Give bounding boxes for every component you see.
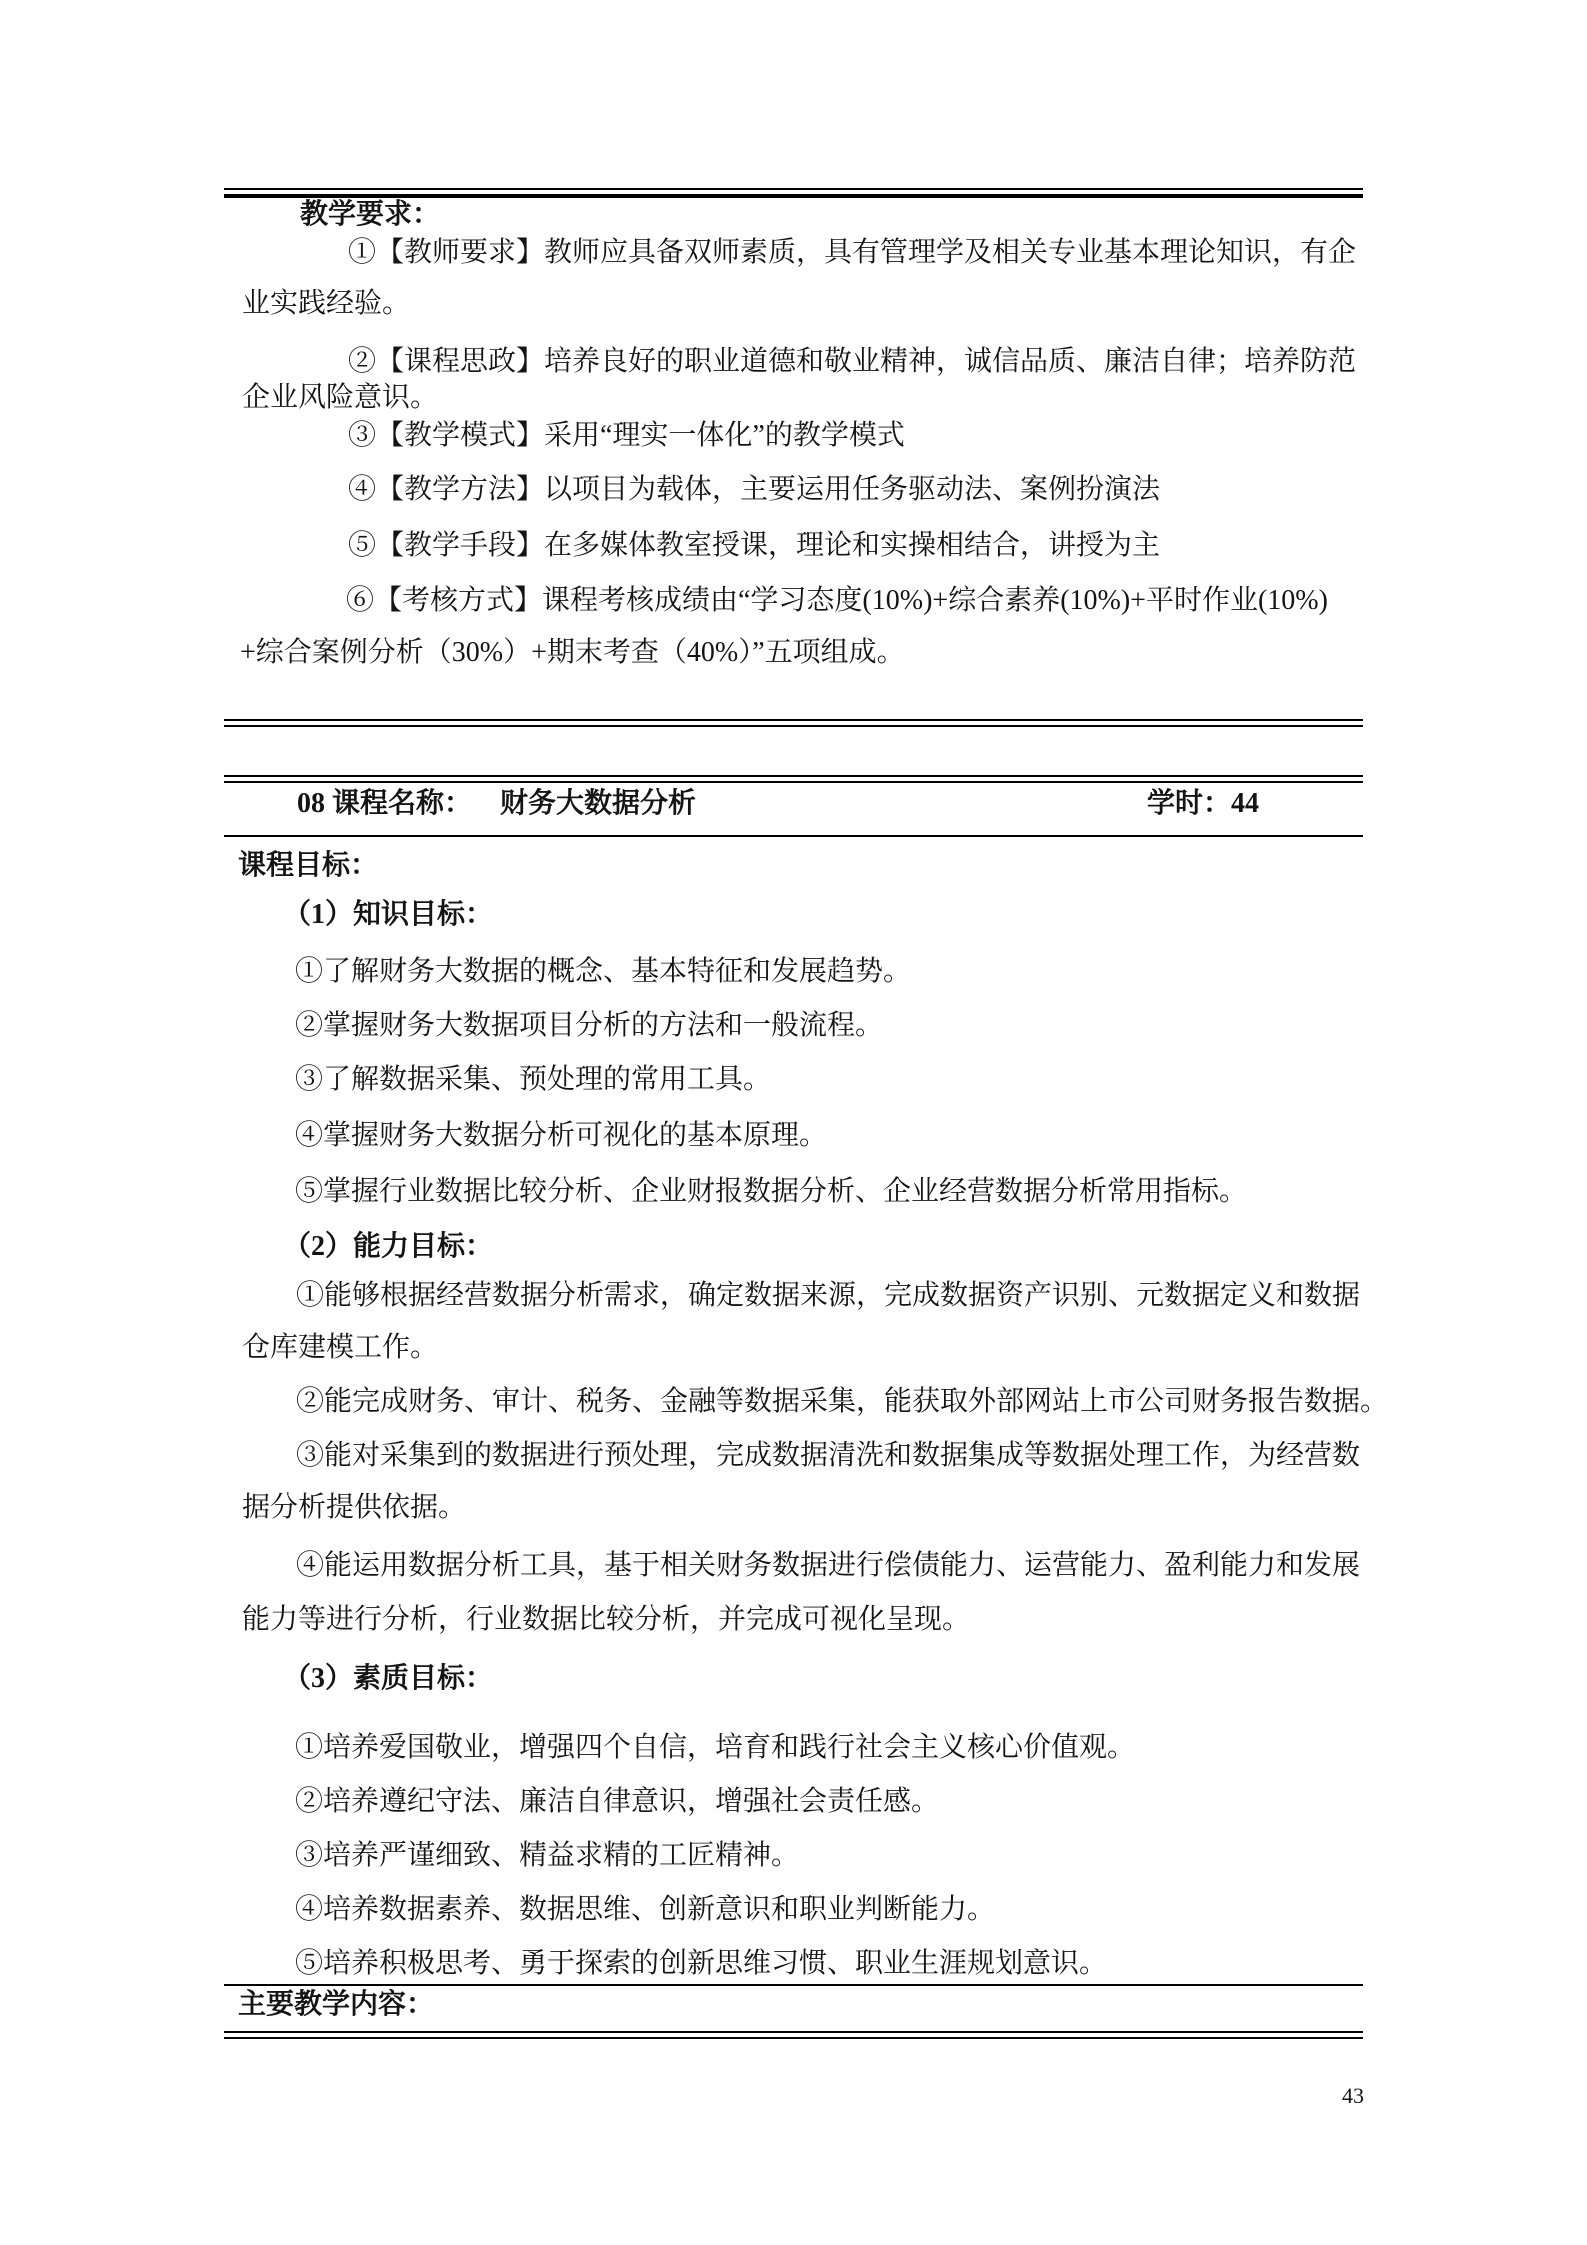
ability-objective-line: ③能对采集到的数据进行预处理，完成数据清洗和数据集成等数据处理工作，为经营数 — [296, 1441, 1360, 1471]
course-objectives-heading: 课程目标： — [238, 851, 378, 881]
quality-objective-item: ②培养遵纪守法、廉洁自律意识，增强社会责任感。 — [295, 1787, 939, 1817]
course-header-bottom-rule — [224, 835, 1363, 837]
section-end-rule — [224, 719, 1363, 727]
ability-objectives-heading: （2）能力目标： — [283, 1232, 493, 1262]
quality-objective-item: ①培养爱国敬业，增强四个自信，培育和践行社会主义核心价值观。 — [295, 1733, 1135, 1763]
knowledge-objective-item: ③了解数据采集、预处理的常用工具。 — [295, 1065, 771, 1095]
teaching-requirements-line: 企业风险意识。 — [242, 383, 438, 413]
ability-objective-line: 能力等进行分析，行业数据比较分析，并完成可视化呈现。 — [242, 1605, 970, 1635]
main-content-bottom-rule — [224, 2031, 1363, 2039]
knowledge-objective-item: ⑤掌握行业数据比较分析、企业财报数据分析、企业经营数据分析常用指标。 — [295, 1177, 1247, 1207]
ability-objective-line: ④能运用数据分析工具，基于相关财务数据进行偿债能力、运营能力、盈利能力和发展 — [296, 1551, 1360, 1581]
quality-objectives-heading: （3）素质目标： — [283, 1664, 493, 1694]
teaching-requirements-line: ②【课程思政】培养良好的职业道德和敬业精神，诚信品质、廉洁自律；培养防范 — [348, 347, 1356, 377]
teaching-requirements-line: ③【教学模式】采用“理实一体化”的教学模式 — [348, 421, 905, 451]
ability-objective-line: ②能完成财务、审计、税务、金融等数据采集，能获取外部网站上市公司财务报告数据。 — [296, 1387, 1388, 1417]
teaching-requirements-line: +综合案例分析（30%）+期末考查（40%）”五项组成。 — [240, 638, 905, 668]
ability-objective-line: 仓库建模工作。 — [242, 1333, 438, 1363]
ability-objective-line: ①能够根据经营数据分析需求，确定数据来源，完成数据资产识别、元数据定义和数据 — [296, 1281, 1360, 1311]
course-hours: 学时：44 — [1147, 789, 1259, 819]
syllabus-page: 教学要求： ①【教师要求】教师应具备双师素质，具有管理学及相关专业基本理论知识，… — [0, 0, 1587, 2245]
top-border-rule — [224, 188, 1363, 198]
course-name: 财务大数据分析 — [500, 789, 696, 819]
ability-objective-line: 据分析提供依据。 — [242, 1493, 466, 1523]
course-number-label: 08 课程名称： — [297, 789, 472, 819]
knowledge-objective-item: ①了解财务大数据的概念、基本特征和发展趋势。 — [295, 957, 911, 987]
main-content-top-rule — [224, 1984, 1363, 1986]
teaching-requirements-line: ④【教学方法】以项目为载体，主要运用任务驱动法、案例扮演法 — [348, 475, 1160, 505]
quality-objective-item: ④培养数据素养、数据思维、创新意识和职业判断能力。 — [295, 1895, 995, 1925]
teaching-requirements-heading: 教学要求： — [300, 200, 440, 230]
knowledge-objectives-heading: （1）知识目标： — [283, 900, 493, 930]
quality-objective-item: ⑤培养积极思考、勇于探索的创新思维习惯、职业生涯规划意识。 — [295, 1949, 1107, 1979]
knowledge-objective-item: ②掌握财务大数据项目分析的方法和一般流程。 — [295, 1011, 883, 1041]
main-teaching-content-heading: 主要教学内容： — [238, 1990, 434, 2020]
course-table-top-rule — [224, 775, 1363, 783]
teaching-requirements-line: 业实践经验。 — [242, 289, 410, 319]
teaching-requirements-line: ⑥【考核方式】课程考核成绩由“学习态度(10%)+综合素养(10%)+平时作业(… — [346, 586, 1328, 616]
page-number: 43 — [1342, 2083, 1364, 2109]
knowledge-objective-item: ④掌握财务大数据分析可视化的基本原理。 — [295, 1121, 827, 1151]
teaching-requirements-line: ⑤【教学手段】在多媒体教室授课，理论和实操相结合，讲授为主 — [348, 531, 1160, 561]
quality-objective-item: ③培养严谨细致、精益求精的工匠精神。 — [295, 1841, 799, 1871]
teaching-requirements-line: ①【教师要求】教师应具备双师素质，具有管理学及相关专业基本理论知识，有企 — [348, 238, 1356, 268]
